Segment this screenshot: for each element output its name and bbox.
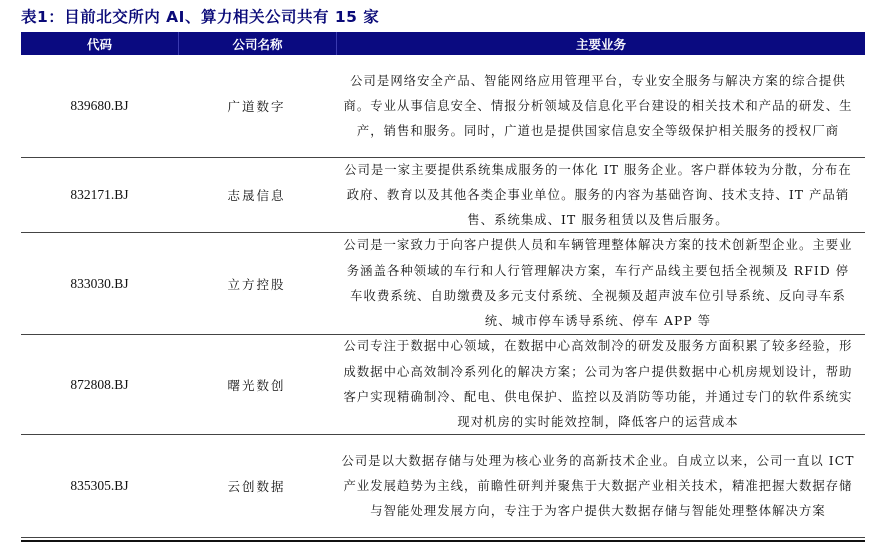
header-company-name: 公司名称 <box>179 32 337 55</box>
company-name: 广道数字 <box>178 55 335 157</box>
stock-code: 832171.BJ <box>21 158 178 232</box>
company-name: 志晟信息 <box>178 158 335 232</box>
table-row: 832171.BJ 志晟信息 公司是一家主要提供系统集成服务的一体化 IT 服务… <box>21 158 865 233</box>
business-description: 公司是一家致力于向客户提供人员和车辆管理整体解决方案的技术创新型企业。主要业务涵… <box>335 233 865 334</box>
business-description: 公司是一家主要提供系统集成服务的一体化 IT 服务企业。客户群体较为分散，分布在… <box>335 158 865 232</box>
business-description: 公司是以大数据存储与处理为核心业务的高新技术企业。自成立以来，公司一直以 ICT… <box>335 435 865 537</box>
table-row: 833030.BJ 立方控股 公司是一家致力于向客户提供人员和车辆管理整体解决方… <box>21 233 865 335</box>
header-code: 代码 <box>21 32 179 55</box>
company-name: 立方控股 <box>178 233 335 334</box>
company-name: 曙光数创 <box>178 335 335 434</box>
business-description: 公司是网络安全产品、智能网络应用管理平台，专业安全服务与解决方案的综合提供商。专… <box>335 55 865 157</box>
stock-code: 839680.BJ <box>21 55 178 157</box>
table-row: 872808.BJ 曙光数创 公司专注于数据中心领域，在数据中心高效制冷的研发及… <box>21 335 865 435</box>
table-row: 835305.BJ 云创数据 公司是以大数据存储与处理为核心业务的高新技术企业。… <box>21 435 865 538</box>
table-bottom-rule <box>21 538 865 542</box>
header-main-business: 主要业务 <box>337 32 865 55</box>
business-description: 公司专注于数据中心领域，在数据中心高效制冷的研发及服务方面积累了较多经验，形成数… <box>335 335 865 434</box>
table-caption: 表1：目前北交所内 AI、算力相关公司共有 15 家 <box>21 5 379 27</box>
stock-code: 833030.BJ <box>21 233 178 334</box>
stock-code: 872808.BJ <box>21 335 178 434</box>
table-header: 代码 公司名称 主要业务 <box>21 32 865 55</box>
company-table: 代码 公司名称 主要业务 839680.BJ 广道数字 公司是网络安全产品、智能… <box>21 32 865 542</box>
company-name: 云创数据 <box>178 435 335 537</box>
stock-code: 835305.BJ <box>21 435 178 537</box>
table-row: 839680.BJ 广道数字 公司是网络安全产品、智能网络应用管理平台，专业安全… <box>21 55 865 158</box>
